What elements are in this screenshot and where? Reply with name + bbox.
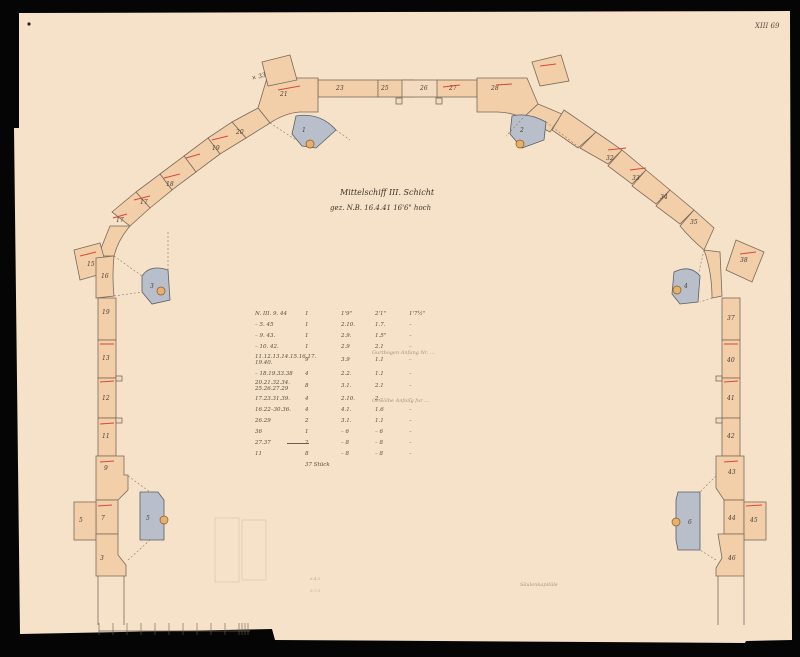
- svg-text:16: 16: [101, 273, 109, 280]
- svg-text:6.4.3: 6.4.3: [310, 576, 321, 581]
- table-row: N. III. 9. 44 1 1'9" 2'1" 1'7½": [255, 308, 439, 319]
- svg-text:2: 2: [519, 127, 524, 134]
- svg-text:11: 11: [102, 433, 110, 440]
- total-rule: [287, 443, 309, 444]
- svg-text:38: 38: [740, 257, 748, 264]
- svg-text:34: 34: [660, 194, 668, 201]
- catalog-mark: XIII 69: [755, 22, 779, 30]
- side-note: Säulenkapitäle: [520, 582, 558, 588]
- svg-text:7: 7: [101, 515, 105, 522]
- svg-text:43: 43: [727, 469, 736, 476]
- svg-text:9.7.3: 9.7.3: [310, 588, 321, 593]
- svg-text:33: 33: [632, 175, 640, 182]
- svg-text:3: 3: [100, 555, 104, 562]
- svg-text:13: 13: [102, 355, 110, 362]
- table-row: 16.22–30.36. 4 4.1. 1.6 –: [255, 404, 439, 415]
- svg-text:19: 19: [102, 309, 110, 316]
- svg-text:25: 25: [380, 85, 389, 92]
- svg-text:21: 21: [279, 91, 288, 98]
- table-row: 26.29 2 3.1. 1.1 –: [255, 415, 439, 426]
- side-note: Gurtbogen Anfang Nr. ...: [372, 350, 435, 356]
- svg-text:9: 9: [104, 465, 108, 472]
- table-row: 20.21.32.34. 25.26.27.29 8 3.1. 2.1 –: [255, 379, 439, 393]
- drawing-title: Mittelschiff III. Schicht: [340, 188, 434, 197]
- table-row: 27.37 2 – 8 – 8 –: [255, 437, 439, 448]
- svg-text:45: 45: [749, 517, 758, 524]
- svg-text:19: 19: [212, 145, 220, 152]
- svg-text:1: 1: [302, 127, 306, 134]
- svg-text:15: 15: [87, 261, 95, 268]
- ink-blot: [27, 22, 30, 25]
- svg-text:18: 18: [166, 181, 174, 188]
- svg-text:28: 28: [490, 85, 499, 92]
- table-row: – 9. 43. 1 2.9. 1.5" –: [255, 330, 439, 341]
- table-row: 36 1 – 6 – 6 –: [255, 426, 439, 437]
- svg-text:46: 46: [727, 555, 736, 562]
- svg-text:3: 3: [150, 283, 154, 290]
- svg-text:6: 6: [688, 519, 692, 526]
- table-row: – 5. 45 1 2.10. 1.7. –: [255, 319, 439, 330]
- svg-text:40: 40: [726, 357, 735, 364]
- svg-text:12: 12: [102, 395, 110, 402]
- svg-text:17: 17: [140, 199, 148, 206]
- svg-text:5: 5: [146, 515, 150, 522]
- side-note: Gewölbe Anfang fur ...: [372, 398, 429, 404]
- svg-text:35: 35: [690, 219, 698, 226]
- stone-schedule-table: N. III. 9. 44 1 1'9" 2'1" 1'7½" – 5. 45 …: [255, 308, 439, 470]
- svg-text:5: 5: [79, 517, 83, 524]
- svg-text:23: 23: [335, 85, 344, 92]
- table-row: – 18.19.33.38 4 2.2. 1.1 –: [255, 368, 439, 379]
- table-total-row: 37 Stück: [255, 459, 439, 470]
- svg-text:37: 37: [727, 315, 735, 322]
- svg-text:44: 44: [727, 515, 736, 522]
- svg-text:4: 4: [683, 283, 688, 290]
- svg-text:32: 32: [606, 155, 614, 162]
- svg-text:20: 20: [235, 129, 244, 136]
- table-row: 11 8 – 8 – 8 –: [255, 448, 439, 459]
- drawing-subtitle: gez. N.B. 16.4.41 16'6" hoch: [330, 204, 431, 212]
- table-total: 37 Stück: [305, 462, 341, 468]
- svg-text:26: 26: [419, 85, 428, 92]
- svg-text:17: 17: [116, 217, 124, 224]
- svg-text:42: 42: [726, 433, 735, 440]
- svg-text:41: 41: [726, 395, 735, 402]
